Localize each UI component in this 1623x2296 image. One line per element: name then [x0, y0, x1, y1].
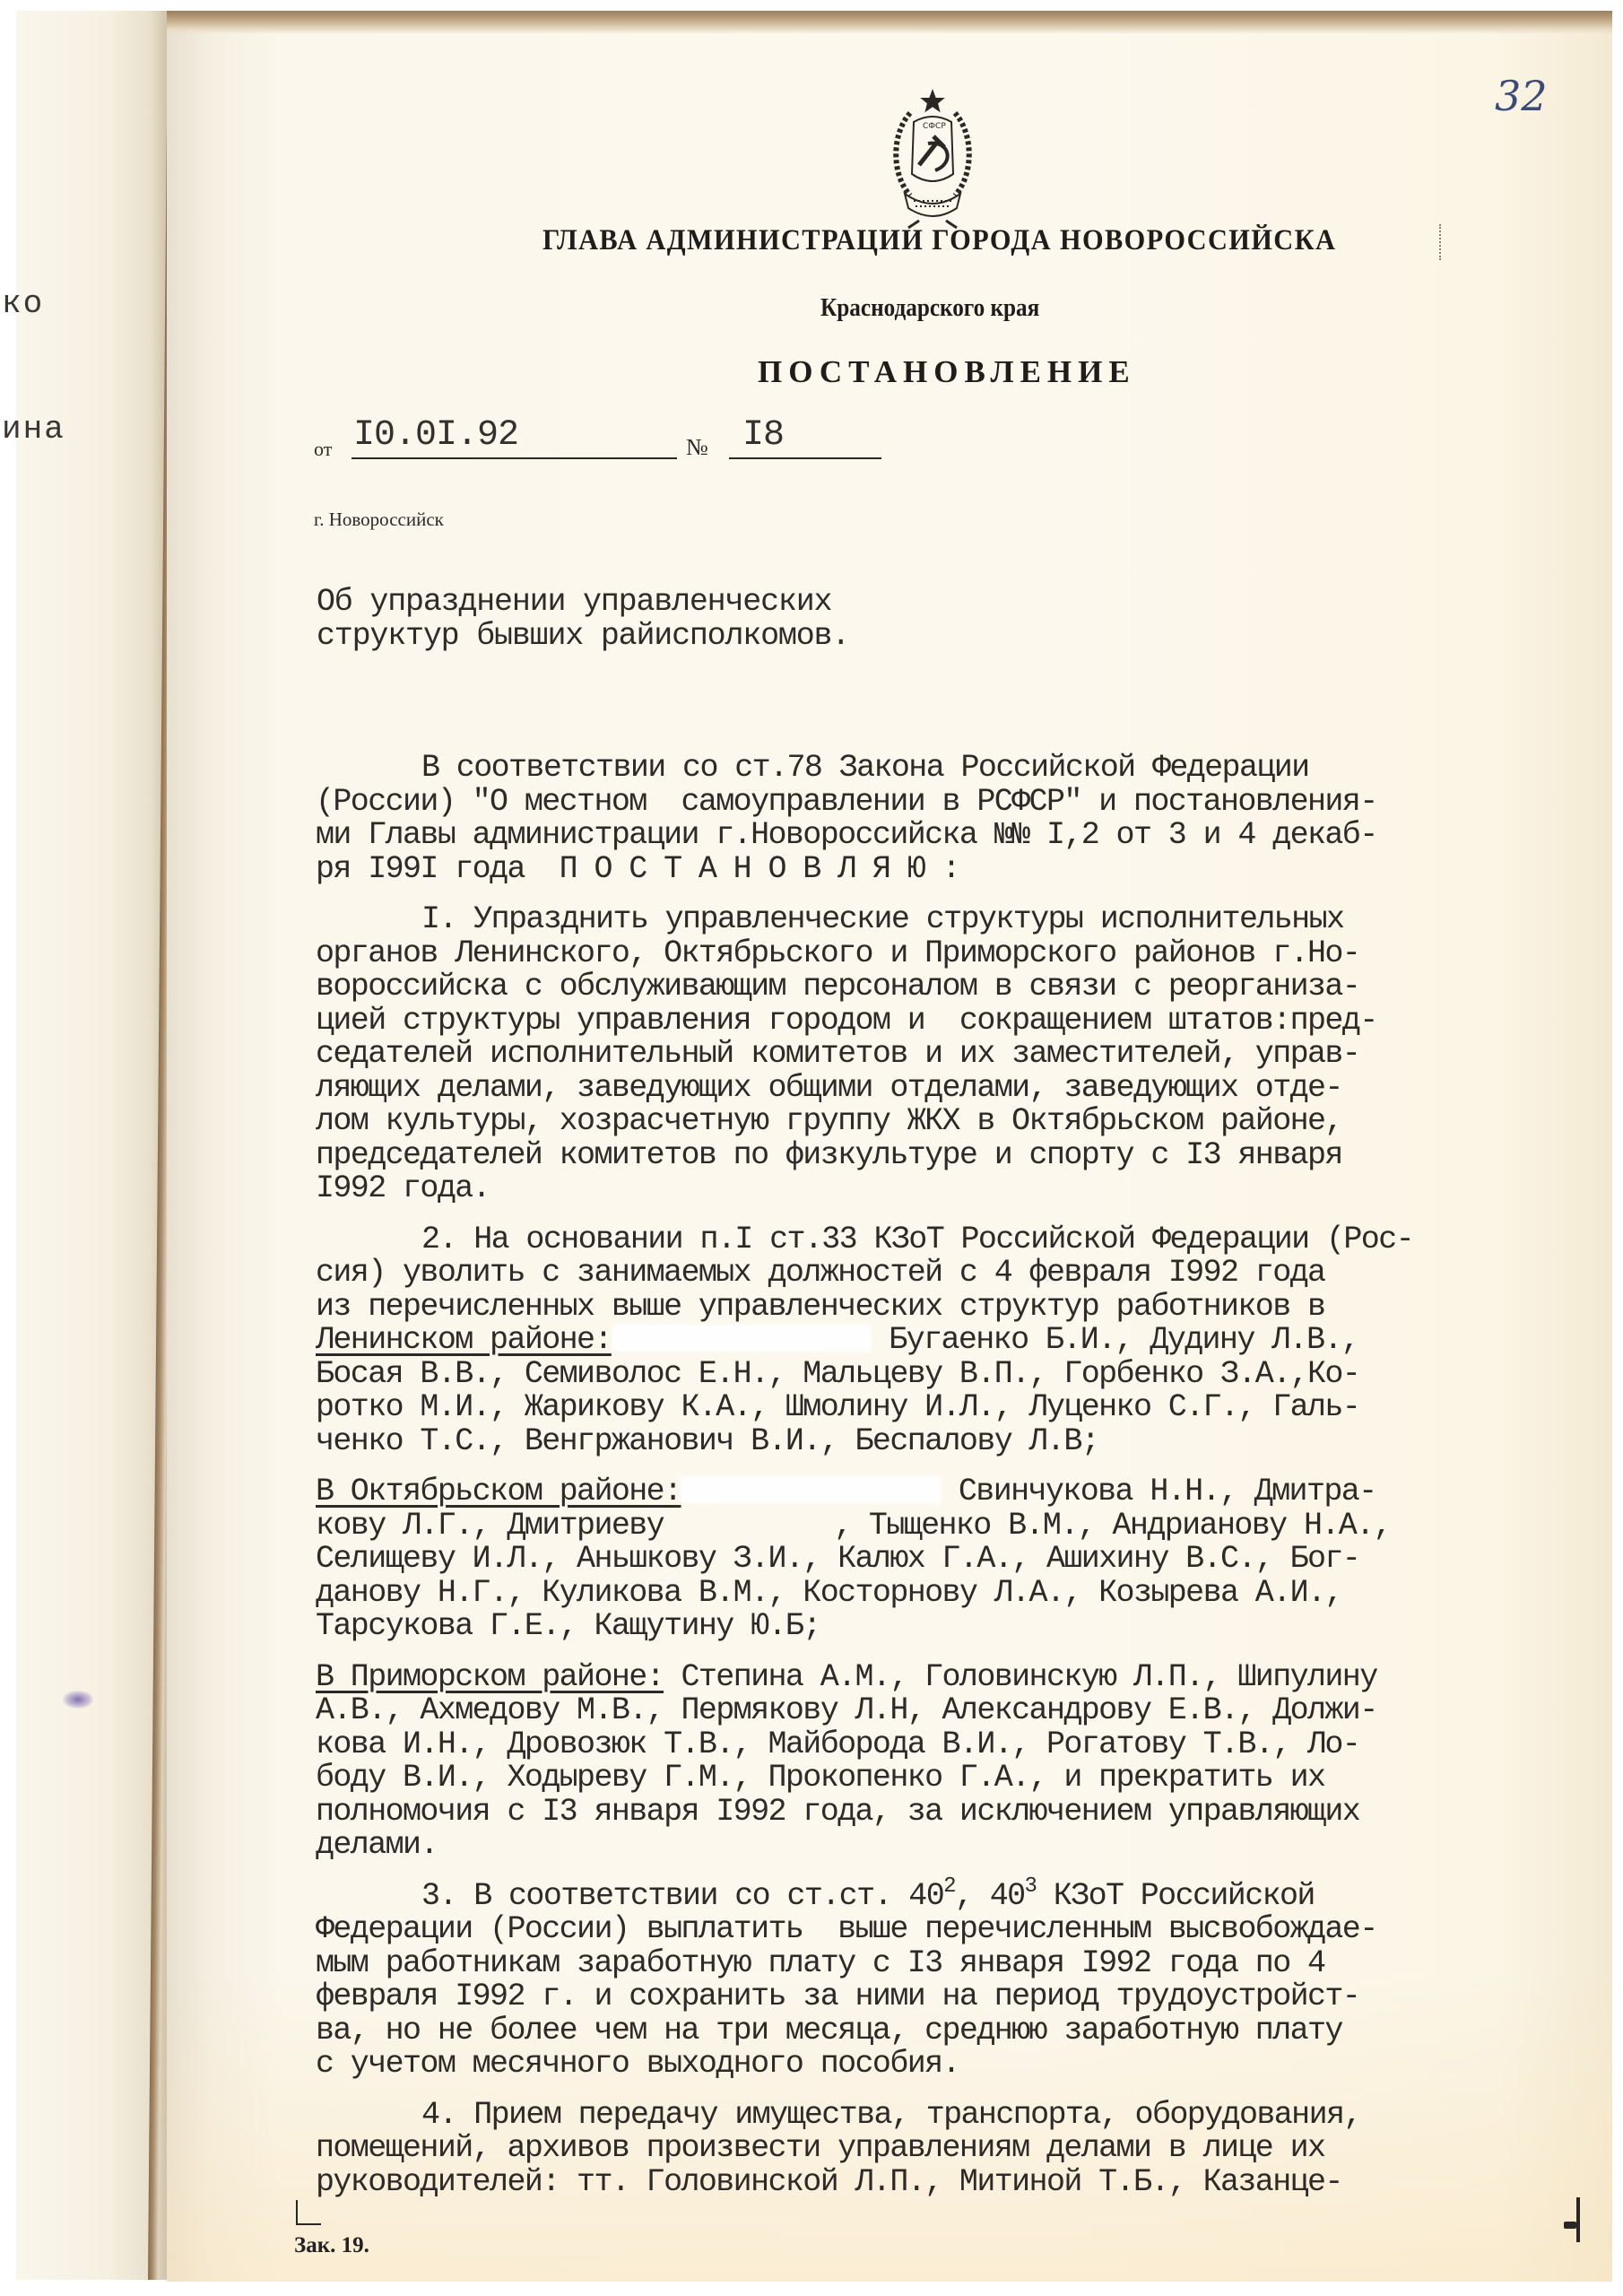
text-fragment: , 40 [955, 1878, 1025, 1914]
item-4: 4. Прием передачу имущества, транспорта,… [316, 2099, 1589, 2200]
previous-page-edge [16, 11, 169, 2280]
page-number: 32 [1495, 72, 1548, 120]
text-line: I992 года. [316, 1172, 1589, 1206]
text-fragment: Свинчукова Н.Н., Дмитра- [959, 1474, 1376, 1509]
text-line: ляющих делами, заведующих общими отделам… [316, 1072, 1589, 1106]
issuer-region: Краснодарского края [820, 294, 1039, 323]
text-line: Селищеву И.Л., Аньшкову З.И., Калюх Г.А.… [316, 1543, 1589, 1577]
district-label-leninsky: Ленинском районе: [316, 1322, 612, 1358]
text-line: с учетом месячного выходного пособия. [316, 2048, 1589, 2082]
city: г. Новороссийск [314, 509, 444, 531]
text-fragment: , Тыщенко В.М., Андрианову Н.А., [834, 1508, 1391, 1544]
text-fragment: КЗоТ Российской [1036, 1878, 1314, 1914]
primorsky-list: В Приморском районе: Степина А.М., Голов… [316, 1661, 1589, 1863]
document-body: В соответствии со ст.78 Закона Российско… [316, 752, 1589, 2216]
text-line: председателей комитетов по физкультуре и… [316, 1139, 1589, 1173]
text-line: органов Ленинского, Октябрьского и Примо… [316, 937, 1589, 971]
text-line: вороссийска с обслуживающим персоналом в… [316, 970, 1589, 1004]
coat-of-arms-icon: СФСР [883, 88, 982, 230]
prev-page-fragment: ина [2, 411, 65, 448]
text-line: ря I99I года П О С Т А Н О В Л Я Ю : [316, 853, 1589, 887]
text-line: 3. В соответствии со ст.ст. 402, 403 КЗо… [316, 1880, 1589, 1914]
item-2: 2. На основании п.I ст.33 КЗоТ Российско… [316, 1223, 1589, 1459]
text-line: Федерации (России) выплатить выше перечи… [316, 1913, 1589, 1947]
text-fragment: Бугаенко Б.И., Дудину Л.В., [889, 1322, 1358, 1358]
superscript: 3 [1025, 1874, 1037, 1899]
corner-mark [1576, 2197, 1580, 2242]
date-number-row: от I0.0I.92 № I8 [314, 420, 888, 465]
superscript: 2 [943, 1874, 955, 1899]
item-3: 3. В соответствии со ст.ст. 402, 403 КЗо… [316, 1880, 1589, 2082]
issuer-title: ГЛАВА АДМИНИСТРАЦИИ ГОРОДА НОВОРОССИЙСКА [542, 224, 1336, 257]
date-label: от [314, 438, 332, 461]
text-line: боду В.И., Ходыреву Г.М., Прокопенко Г.А… [316, 1761, 1589, 1796]
text-line: из перечисленных выше управленческих стр… [316, 1291, 1589, 1325]
text-line: помещений, архивов произвести управления… [316, 2132, 1589, 2166]
preamble: В соответствии со ст.78 Закона Российско… [316, 752, 1589, 886]
text-line: полномочия с I3 января I992 года, за иск… [316, 1796, 1589, 1830]
margin-tick [1439, 224, 1443, 260]
text-line: 4. Прием передачу имущества, транспорта,… [316, 2099, 1589, 2133]
text-line: ва, но не более чем на три месяца, средн… [316, 2014, 1589, 2048]
text-fragment: 3. В соответствии со ст.ст. 40 [421, 1878, 943, 1914]
text-line: В Октябрьском районе: Свинчукова Н.Н., Д… [316, 1475, 1589, 1509]
text-line: кову Л.Г., Дмитриеву, Тыщенко В.М., Андр… [316, 1509, 1589, 1544]
text-fragment: Степина А.М., Головинскую Л.П., Шипулину [664, 1659, 1377, 1695]
text-line: (России) "О местном самоуправлении в РСФ… [316, 786, 1589, 820]
text-line: ми Главы администрации г.Новороссийска №… [316, 819, 1589, 853]
text-line: данову Н.Г., Куликова В.М., Косторнову Л… [316, 1577, 1589, 1611]
text-line: Тарсукова Г.Е., Кащутину Ю.Б; [316, 1610, 1589, 1644]
sheet-top-edge [167, 11, 1612, 34]
text-line: кова И.Н., Дровозюк Т.В., Майборода В.И.… [316, 1728, 1589, 1762]
text-line: Босая В.В., Семиволос Е.Н., Мальцеву В.П… [316, 1358, 1589, 1392]
ink-stamp-mark [63, 1691, 93, 1709]
text-line: А.В., Ахмедову М.В., Пермякову Л.Н, Алек… [316, 1694, 1589, 1728]
document-type: ПОСТАНОВЛЕНИЕ [758, 354, 1136, 390]
redacted-name [681, 1476, 941, 1503]
number-value: I8 [742, 415, 784, 456]
text-line: 2. На основании п.I ст.33 КЗоТ Российско… [316, 1223, 1589, 1257]
subject-line: Об упразднении управленческих [317, 584, 831, 620]
text-fragment: кову Л.Г., Дмитриеву [316, 1508, 664, 1544]
text-line: В Приморском районе: Степина А.М., Голов… [316, 1661, 1589, 1695]
text-line: делами. [316, 1829, 1589, 1863]
subject-line: структур бывших райисполкомов. [317, 618, 849, 654]
text-line: I. Упразднить управленческие структуры и… [316, 903, 1589, 937]
oktyabrsky-list: В Октябрьском районе: Свинчукова Н.Н., Д… [316, 1475, 1589, 1644]
text-line: ченко Т.С., Венгржанович В.И., Беспалову… [316, 1425, 1589, 1459]
text-line: Ленинском районе: Бугаенко Б.И., Дудину … [316, 1324, 1589, 1358]
prev-page-fragment: ко [2, 285, 44, 322]
date-underline [352, 457, 677, 459]
text-line: В соответствии со ст.78 Закона Российско… [316, 752, 1589, 786]
date-value: I0.0I.92 [353, 415, 518, 456]
corner-mark [296, 2200, 321, 2225]
number-label: № [686, 434, 708, 461]
text-line: сия) уволить с занимаемых должностей с 4… [316, 1257, 1589, 1291]
print-order-number: Зак. 19. [294, 2233, 369, 2258]
text-line: лом культуры, хозрасчетную группу ЖКХ в … [316, 1105, 1589, 1139]
text-line: мым работникам заработную плату с I3 янв… [316, 1947, 1589, 1981]
district-label-oktyabrsky: В Октябрьском районе: [316, 1474, 681, 1509]
item-1: I. Упразднить управленческие структуры и… [316, 903, 1589, 1206]
corner-mark [1564, 2222, 1576, 2229]
number-underline [729, 457, 881, 459]
text-line: руководителей: тт. Головинской Л.П., Мит… [316, 2166, 1589, 2200]
text-line: февраля I992 г. и сохранить за ними на п… [316, 1980, 1589, 2014]
text-line: седателей исполнительный комитетов и их … [316, 1038, 1589, 1072]
district-label-primorsky: В Приморском районе: [316, 1659, 664, 1695]
redacted-name [612, 1325, 872, 1352]
document-subject: Об упразднении управленческих структур б… [317, 585, 849, 653]
svg-text:СФСР: СФСР [923, 122, 946, 131]
text-line: ротко М.И., Жарикову К.А., Шмолину И.Л.,… [316, 1391, 1589, 1425]
text-line: цией структуры управления городом и сокр… [316, 1004, 1589, 1039]
